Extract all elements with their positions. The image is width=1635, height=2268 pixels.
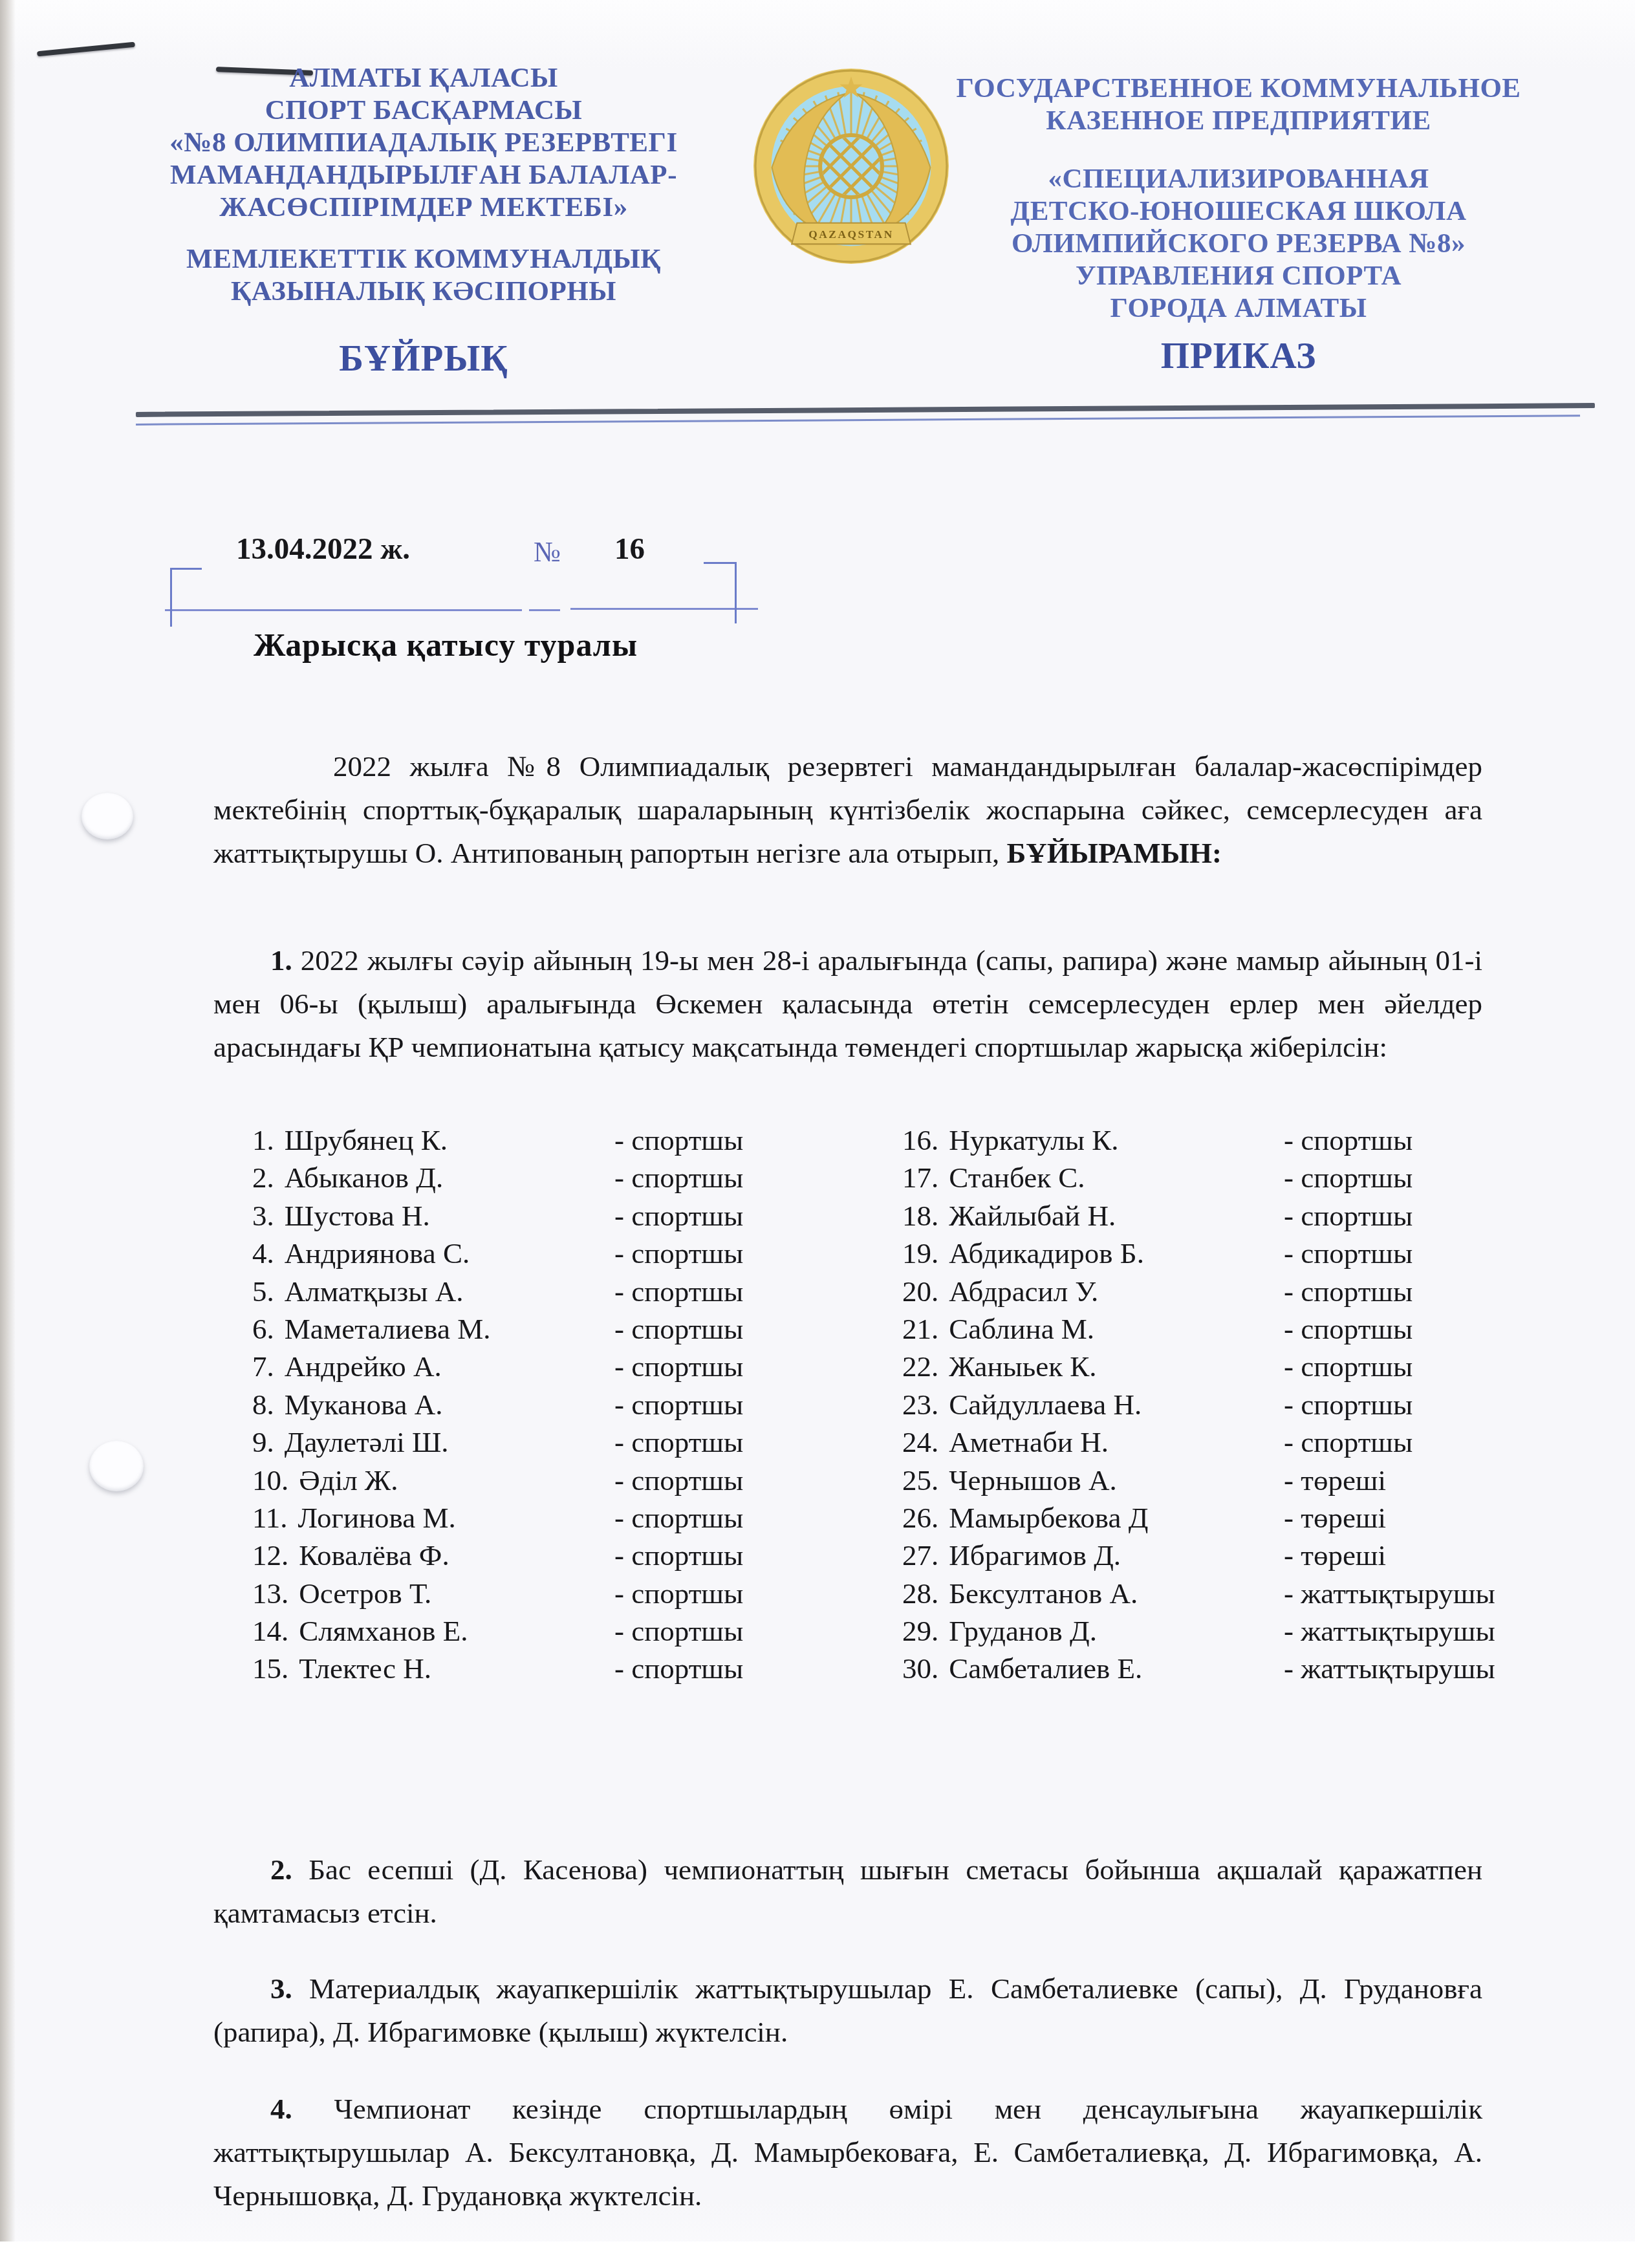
participant-role: - спортшы — [1284, 1425, 1413, 1459]
participant-name: Алматқызы А. — [285, 1275, 464, 1308]
participant-number: 29. — [902, 1615, 938, 1647]
participant-number: 28. — [902, 1577, 938, 1610]
order-meta-row: 13.04.2022 ж. № 16 — [236, 532, 883, 590]
participant-row: 24.Аметнаби Н.- спортшы — [902, 1425, 1546, 1463]
participant-role: - спортшы — [614, 1161, 743, 1194]
participant-role: - төреші — [1284, 1539, 1386, 1572]
participant-number: 15. — [252, 1652, 288, 1685]
participant-number: 8. — [252, 1388, 274, 1421]
org-name-line: СПОРТ БАСҚАРМАСЫ — [103, 94, 744, 127]
participant-name: Абыканов Д. — [285, 1161, 444, 1194]
participant-role: - спортшы — [614, 1350, 743, 1383]
participant-role: - спортшы — [614, 1652, 743, 1685]
participants-column-right: 16.Нуркатулы К.- спортшы17.Станбек С.- с… — [902, 1123, 1546, 1690]
order-title: Жарысқа қатысу туралы — [254, 626, 638, 664]
scan-edge-bottom — [0, 2241, 1635, 2268]
participant-row: 5.Алматқызы А.- спортшы — [252, 1275, 899, 1312]
participant-number: 13. — [252, 1577, 288, 1610]
document-page: АЛМАТЫ ҚАЛАСЫ СПОРТ БАСҚАРМАСЫ «№8 ОЛИМП… — [0, 0, 1635, 2268]
participant-name: Маметалиева М. — [285, 1313, 491, 1345]
participant-role: - спортшы — [614, 1237, 743, 1270]
participant-row: 22.Жаныьек К.- спортшы — [902, 1350, 1546, 1387]
participant-role: - жаттықтырушы — [1284, 1614, 1495, 1648]
org-type-line: МЕМЛЕКЕТТІК КОММУНАЛДЫҚ — [103, 243, 744, 275]
intro-bold-word: БҰЙЫРАМЫН: — [1007, 837, 1222, 869]
emblem-banner-text: QAZAQSTAN — [808, 228, 893, 241]
participant-number: 20. — [902, 1275, 938, 1308]
participant-number: 19. — [902, 1237, 938, 1269]
org-block-kazakh: АЛМАТЫ ҚАЛАСЫ СПОРТ БАСҚАРМАСЫ «№8 ОЛИМП… — [103, 62, 744, 379]
participant-row: 16.Нуркатулы К.- спортшы — [902, 1123, 1546, 1161]
item-number: 3. — [270, 1972, 292, 2005]
org-name-line: ОЛИМПИЙСКОГО РЕЗЕРВА №8» — [915, 228, 1562, 260]
item-number: 1. — [270, 944, 292, 977]
participant-number: 2. — [252, 1161, 274, 1194]
participant-name: Станбек С. — [949, 1161, 1085, 1194]
participant-role: - спортшы — [614, 1539, 743, 1572]
participant-row: 19.Абдикадиров Б.- спортшы — [902, 1237, 1546, 1274]
participant-role: - спортшы — [1284, 1123, 1413, 1157]
org-name-line: КАЗЕННОЕ ПРЕДПРИЯТИЕ — [915, 105, 1562, 137]
participant-row: 18.Жайлыбай Н.- спортшы — [902, 1199, 1546, 1237]
participant-role: - спортшы — [614, 1199, 743, 1233]
participant-number: 14. — [252, 1615, 288, 1647]
participant-role: - спортшы — [614, 1463, 743, 1497]
org-name-line: ДЕТСКО-ЮНОШЕСКАЯ ШКОЛА — [915, 195, 1562, 228]
participant-row: 26.Мамырбекова Д- төреші — [902, 1501, 1546, 1539]
participant-row: 6.Маметалиева М.- спортшы — [252, 1312, 899, 1350]
participant-role: - спортшы — [1284, 1237, 1413, 1270]
order-item-4: 4. Чемпионат кезінде спортшылардың өмірі… — [213, 2088, 1482, 2218]
participant-name: Аметнаби Н. — [949, 1426, 1109, 1458]
participant-name: Муканова А. — [285, 1388, 443, 1421]
order-label-russian: ПРИКАЗ — [915, 336, 1562, 376]
order-item-1: 1. 2022 жылғы сәуір айының 19-ы мен 28-і… — [213, 939, 1482, 1069]
participant-row: 14.Слямханов Е.- спортшы — [252, 1614, 899, 1652]
intro-paragraph: 2022 жылға №8 Олимпиадалық резервтегі ма… — [213, 745, 1482, 875]
item-number: 4. — [270, 2093, 292, 2125]
participant-name: Саблина М. — [949, 1313, 1094, 1345]
participant-number: 27. — [902, 1539, 938, 1571]
order-number: 16 — [614, 532, 645, 567]
participant-role: - спортшы — [1284, 1199, 1413, 1233]
order-label-kazakh: БҰЙРЫҚ — [103, 339, 744, 379]
participant-name: Нуркатулы К. — [949, 1124, 1118, 1156]
participant-name: Груданов Д. — [949, 1615, 1097, 1647]
participant-number: 9. — [252, 1426, 274, 1458]
divider-thick-line — [136, 403, 1595, 417]
participant-number: 4. — [252, 1237, 274, 1269]
participant-row: 21.Саблина М.- спортшы — [902, 1312, 1546, 1350]
org-name-line: «№8 ОЛИМПИАДАЛЫҚ РЕЗЕРВТЕГІ — [103, 127, 744, 159]
participant-role: - спортшы — [614, 1388, 743, 1421]
org-name-line: МАМАНДАНДЫРЫЛҒАН БАЛАЛАР- — [103, 159, 744, 191]
participant-role: - спортшы — [614, 1614, 743, 1648]
participant-row: 25.Чернышов А.- төреші — [902, 1463, 1546, 1501]
participant-row: 4.Андриянова С.- спортшы — [252, 1237, 899, 1274]
participant-name: Ковалёва Ф. — [299, 1539, 449, 1571]
org-block-russian: ГОСУДАРСТВЕННОЕ КОММУНАЛЬНОЕ КАЗЕННОЕ ПР… — [915, 72, 1562, 376]
order-item-2: 2. Бас есепші (Д. Касенова) чемпионаттың… — [213, 1848, 1482, 1935]
participant-row: 29.Груданов Д.- жаттықтырушы — [902, 1614, 1546, 1652]
participant-number: 18. — [902, 1200, 938, 1232]
org-name-line: «СПЕЦИАЛИЗИРОВАННАЯ — [915, 163, 1562, 195]
participant-role: - спортшы — [1284, 1161, 1413, 1194]
participants-list: 1.Шрубянец К.- спортшы2.Абыканов Д.- спо… — [252, 1123, 1546, 1692]
header-divider — [136, 403, 1595, 426]
participant-number: 24. — [902, 1426, 938, 1458]
org-name-line: ГОСУДАРСТВЕННОЕ КОММУНАЛЬНОЕ — [915, 72, 1562, 105]
intro-text: 2022 жылға №8 Олимпиадалық резервтегі ма… — [213, 750, 1482, 869]
participant-name: Мамырбекова Д — [949, 1502, 1148, 1534]
org-name-line: ЖАСӨСПІРІМДЕР МЕКТЕБІ» — [103, 191, 744, 224]
participant-role: - спортшы — [1284, 1350, 1413, 1383]
org-name-line: УПРАВЛЕНИЯ СПОРТА — [915, 260, 1562, 292]
participant-name: Даулетәлі Ш. — [285, 1426, 449, 1458]
org-name-line: АЛМАТЫ ҚАЛАСЫ — [103, 62, 744, 94]
participant-name: Сайдуллаева Н. — [949, 1388, 1142, 1421]
participant-number: 16. — [902, 1124, 938, 1156]
participants-column-left: 1.Шрубянец К.- спортшы2.Абыканов Д.- спо… — [252, 1123, 899, 1690]
participant-row: 27.Ибрагимов Д.- төреші — [902, 1539, 1546, 1576]
participant-row: 3.Шустова Н.- спортшы — [252, 1199, 899, 1237]
participant-name: Жаныьек К. — [949, 1350, 1096, 1383]
participant-name: Андрейко А. — [285, 1350, 442, 1383]
corner-mark-left — [170, 568, 202, 627]
participant-name: Осетров Т. — [299, 1577, 431, 1610]
participant-name: Тлектес Н. — [299, 1652, 431, 1685]
participant-row: 20.Абдрасил У.- спортшы — [902, 1275, 1546, 1312]
participant-row: 11.Логинова М.- спортшы — [252, 1501, 899, 1539]
participant-role: - спортшы — [614, 1425, 743, 1459]
participant-name: Чернышов А. — [949, 1464, 1116, 1496]
participant-role: - спортшы — [614, 1275, 743, 1308]
participant-role: - спортшы — [1284, 1275, 1413, 1308]
item-number: 2. — [270, 1853, 292, 1886]
participant-number: 12. — [252, 1539, 288, 1571]
participant-number: 26. — [902, 1502, 938, 1534]
date-underline — [165, 609, 522, 611]
participant-name: Ибрагимов Д. — [949, 1539, 1121, 1571]
paper-artifact — [81, 793, 133, 839]
participant-role: - жаттықтырушы — [1284, 1577, 1495, 1610]
participant-number: 7. — [252, 1350, 274, 1383]
order-date: 13.04.2022 ж. — [236, 532, 410, 567]
participant-name: Абдикадиров Б. — [949, 1237, 1144, 1269]
participant-row: 13.Осетров Т.- спортшы — [252, 1577, 899, 1614]
participant-role: - спортшы — [614, 1577, 743, 1610]
participant-name: Андриянова С. — [285, 1237, 470, 1269]
participant-name: Слямханов Е. — [299, 1615, 468, 1647]
participant-number: 10. — [252, 1464, 288, 1496]
participant-row: 12.Ковалёва Ф.- спортшы — [252, 1539, 899, 1576]
participant-name: Логинова М. — [298, 1502, 456, 1534]
participant-role: - спортшы — [614, 1312, 743, 1346]
scan-edge-shadow — [0, 0, 16, 2244]
participant-row: 30.Самбеталиев Е.- жаттықтырушы — [902, 1652, 1546, 1689]
participant-name: Самбеталиев Е. — [949, 1652, 1142, 1685]
participant-row: 1.Шрубянец К.- спортшы — [252, 1123, 899, 1161]
participant-role: - төреші — [1284, 1501, 1386, 1535]
participant-role: - жаттықтырушы — [1284, 1652, 1495, 1685]
number-sign-underline — [529, 609, 560, 611]
org-name-line: ГОРОДА АЛМАТЫ — [915, 292, 1562, 325]
divider-thin-line — [136, 415, 1580, 426]
number-sign: № — [534, 535, 561, 568]
participant-role: - спортшы — [1284, 1312, 1413, 1346]
participant-row: 9.Даулетәлі Ш.- спортшы — [252, 1425, 899, 1463]
participant-number: 5. — [252, 1275, 274, 1308]
item-text: Материалдық жауапкершілік жаттықтырушыла… — [213, 1972, 1482, 2048]
participant-row: 8.Муканова А.- спортшы — [252, 1388, 899, 1425]
participant-name: Шустова Н. — [285, 1200, 430, 1232]
corner-mark-right — [704, 562, 737, 623]
org-type-line: ҚАЗЫНАЛЫҚ КӘСІПОРНЫ — [103, 275, 744, 308]
participant-number: 22. — [902, 1350, 938, 1383]
item-text: Бас есепші (Д. Касенова) чемпионаттың шы… — [213, 1853, 1482, 1929]
order-item-3: 3. Материалдық жауапкершілік жаттықтыруш… — [213, 1967, 1482, 2054]
participant-number: 1. — [252, 1124, 274, 1156]
participant-number: 3. — [252, 1200, 274, 1232]
participant-number: 23. — [902, 1388, 938, 1421]
participant-row: 28.Бексултанов А.- жаттықтырушы — [902, 1577, 1546, 1614]
participant-row: 7.Андрейко А.- спортшы — [252, 1350, 899, 1387]
participant-number: 30. — [902, 1652, 938, 1685]
participant-number: 21. — [902, 1313, 938, 1345]
participant-name: Абдрасил У. — [949, 1275, 1098, 1308]
participant-number: 6. — [252, 1313, 274, 1345]
participant-name: Әділ Ж. — [299, 1464, 398, 1496]
participant-name: Бексултанов А. — [949, 1577, 1138, 1610]
participant-name: Шрубянец К. — [285, 1124, 448, 1156]
participant-row: 17.Станбек С.- спортшы — [902, 1161, 1546, 1198]
participant-number: 25. — [902, 1464, 938, 1496]
participant-role: - спортшы — [614, 1123, 743, 1157]
participant-name: Жайлыбай Н. — [949, 1200, 1116, 1232]
item-text: Чемпионат кезінде спортшылардың өмірі ме… — [213, 2093, 1482, 2212]
participant-number: 17. — [902, 1161, 938, 1194]
item-text: 2022 жылғы сәуір айының 19-ы мен 28-і ар… — [213, 944, 1482, 1063]
participant-role: - спортшы — [1284, 1388, 1413, 1421]
staple-mark — [37, 42, 135, 57]
participant-row: 23.Сайдуллаева Н.- спортшы — [902, 1388, 1546, 1425]
paper-artifact — [89, 1441, 144, 1491]
participant-role: - спортшы — [614, 1501, 743, 1535]
participant-row: 10.Әділ Ж.- спортшы — [252, 1463, 899, 1501]
participant-number: 11. — [252, 1502, 288, 1534]
participant-row: 15.Тлектес Н.- спортшы — [252, 1652, 899, 1689]
participant-row: 2.Абыканов Д.- спортшы — [252, 1161, 899, 1198]
participant-role: - төреші — [1284, 1463, 1386, 1497]
